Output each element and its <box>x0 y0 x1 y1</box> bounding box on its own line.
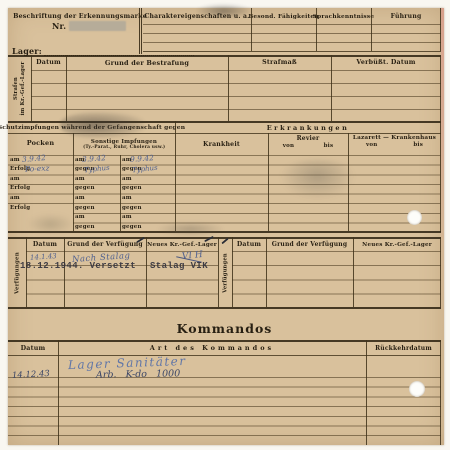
traits-header-faehigkeiten: Besond. Fähigkeiten <box>251 10 316 23</box>
erkrankungen-col-lazarett: Lazarett — Krankenhaus von bis <box>348 135 441 154</box>
handwriting-pocken-erfolg: Po-exz <box>25 163 50 173</box>
strafen-row-lines <box>31 70 441 111</box>
sonstige-line1: Sonstige Impfungen <box>91 139 157 145</box>
column-divider <box>146 237 147 307</box>
header-line <box>8 355 441 356</box>
verf-right-col-datum: Datum <box>232 240 266 250</box>
revier-label: Revier <box>268 135 348 142</box>
row-label-erfolg: Erfolg <box>10 205 30 211</box>
column-divider <box>268 133 269 231</box>
typed-transfer-camp: Stalag VIK <box>150 261 208 271</box>
revier-bis: bis <box>324 143 334 149</box>
section-border <box>8 340 441 342</box>
column-divider <box>218 237 219 307</box>
verf-right-col-grund: Grund der Verfügung <box>266 240 353 250</box>
row-label-gegen: gegen <box>122 205 142 211</box>
column-divider <box>58 340 59 445</box>
section-border <box>8 231 441 233</box>
column-divider <box>64 237 65 307</box>
column-divider <box>331 55 332 121</box>
row-label-am: am <box>122 176 132 182</box>
revier-von: von <box>283 143 294 149</box>
erkrankungen-title: Erkrankungen <box>175 123 441 132</box>
lazarett-bis: bis <box>413 142 423 148</box>
kommandos-row-lines <box>8 377 441 445</box>
row-label-am: am <box>10 195 20 201</box>
column-divider <box>228 55 229 121</box>
impfungen-col-pocken: Pocken <box>8 136 73 150</box>
handwriting-c2-am: 9.9.42 <box>130 153 154 164</box>
handwriting-kommando-line2: Arb. K-do 1000 <box>96 368 180 380</box>
erkrankungen-col-revier: Revier von bis <box>268 135 348 154</box>
row-label-am: am <box>75 214 85 220</box>
stamp-smudge <box>60 112 145 138</box>
pencil-smudge <box>28 214 73 234</box>
traits-bottom-line <box>143 51 441 52</box>
column-divider <box>120 155 121 231</box>
row-label-am: am <box>75 176 85 182</box>
row-label-am: am <box>10 157 20 163</box>
column-divider <box>175 121 176 231</box>
stamp-smudge <box>196 4 251 18</box>
kommandos-title: Kommandos <box>8 322 441 335</box>
traits-header-fuehrung: Führung <box>371 10 441 23</box>
kommandos-col-datum: Datum <box>8 343 58 354</box>
kommandos-col-rueckkehr: Rückkehrdatum <box>366 343 441 354</box>
strafen-col-verbuesst: Verbüßt. Datum <box>331 57 441 68</box>
handwriting-c1-am: 3.9.42 <box>82 153 106 164</box>
traits-header-sprachen: Sprachkenntnisse <box>316 10 371 23</box>
card-edge-tint <box>441 8 444 445</box>
column-divider <box>66 55 67 121</box>
redacted-number <box>69 21 126 31</box>
column-divider <box>26 237 27 307</box>
kommandos-col-art: Art des Kommandos <box>58 343 366 354</box>
row-label-am: am <box>122 195 132 201</box>
pow-record-card: Beschriftung der Erkennungsmarke Nr. Lag… <box>8 8 444 445</box>
pencil-smudge <box>280 160 355 200</box>
strafen-side-label-line2: im Kr.-Gef.-Lager <box>20 62 26 116</box>
vertical-divider <box>139 8 142 54</box>
strafen-side-label: Strafen im Kr.-Gef.-Lager <box>8 55 31 122</box>
column-divider <box>266 237 267 307</box>
verf-left-col-grund: Grund der Verfügung <box>64 240 146 250</box>
punch-hole <box>407 210 422 225</box>
lazarett-von: von <box>366 142 377 148</box>
column-divider <box>232 237 233 307</box>
handwriting-kommando-date: 14.12.43 <box>12 369 50 381</box>
row-label-gegen: gegen <box>122 185 142 191</box>
column-divider <box>371 8 372 51</box>
column-divider <box>73 133 74 231</box>
strafen-col-strafmass: Strafmaß <box>228 57 331 68</box>
strafen-col-datum: Datum <box>31 57 66 68</box>
nr-label: Nr. <box>52 21 66 31</box>
row-label-am: am <box>10 176 20 182</box>
section-border <box>8 307 441 309</box>
scanned-document: Beschriftung der Erkennungsmarke Nr. Lag… <box>0 0 450 450</box>
traits-row-lines <box>143 24 441 51</box>
column-divider <box>251 8 252 51</box>
pencil-smudge <box>158 222 223 236</box>
row-label-am: am <box>122 214 132 220</box>
strafen-col-grund: Grund der Bestrafung <box>66 57 228 68</box>
marke-title: Beschriftung der Erkennungsmarke <box>18 12 142 21</box>
column-divider <box>353 237 354 307</box>
verfuegungen-side-label-left: Verfügungen <box>8 237 26 308</box>
erkrankungen-col-krankheit: Krankheit <box>175 133 268 155</box>
column-divider <box>31 55 32 121</box>
row-label-gegen: gegen <box>75 224 95 230</box>
punch-hole <box>409 381 425 397</box>
column-divider <box>366 340 367 445</box>
verf-left-col-datum: Datum <box>26 240 64 250</box>
row-label-gegen: gegen <box>75 205 95 211</box>
column-divider <box>316 8 317 51</box>
verf-right-col-neues: Neues Kr.-Gef.-Lager <box>353 240 441 250</box>
lazarett-label: Lazarett — Krankenhaus <box>348 135 441 141</box>
sonstige-line2: (Ty.-Parat., Ruhr, Cholera usw.) <box>83 145 165 150</box>
row-label-gegen: gegen <box>75 185 95 191</box>
verf-right-row-lines <box>232 251 441 295</box>
verfuegungen-side-label-mid: Verfügungen <box>218 237 232 308</box>
row-label-erfolg: Erfolg <box>10 185 30 191</box>
row-label-gegen: gegen <box>122 224 142 230</box>
typed-transfer-entry: 18.12.1944. Versetzt <box>20 261 136 271</box>
row-label-am: am <box>75 195 85 201</box>
impfungen-col-sonstige: Sonstige Impfungen (Ty.-Parat., Ruhr, Ch… <box>73 135 175 153</box>
